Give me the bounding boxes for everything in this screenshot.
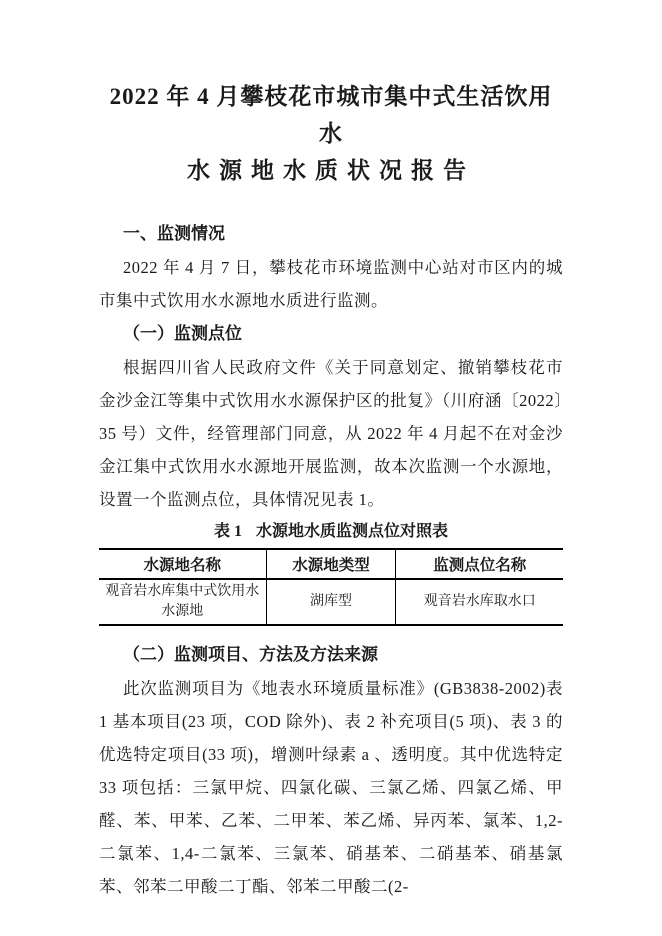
document-title-line-1: 2022 年 4 月攀枝花市城市集中式生活饮用水 xyxy=(99,78,563,152)
table-cell-source-name: 观音岩水库集中式饮用水水源地 xyxy=(99,579,266,625)
table-caption-label: 表 1 xyxy=(214,523,242,540)
table-cell-point-name: 观音岩水库取水口 xyxy=(396,579,563,625)
subsection-heading-monitoring-points: （一）监测点位 xyxy=(99,317,563,351)
table-cell-source-type: 湖库型 xyxy=(266,579,396,625)
table-header-source-type: 水源地类型 xyxy=(266,549,396,579)
paragraph-monitoring-intro: 2022 年 4 月 7 日，攀枝花市环境监测中心站对市区内的城市集中式饮用水水… xyxy=(99,251,563,317)
document-page: 2022 年 4 月攀枝花市城市集中式生活饮用水 水源地水质状况报告 一、监测情… xyxy=(0,0,662,936)
table-row: 观音岩水库集中式饮用水水源地 湖库型 观音岩水库取水口 xyxy=(99,579,563,625)
paragraph-items-methods: 此次监测项目为《地表水环境质量标准》(GB3838-2002)表 1 基本项目(… xyxy=(99,672,563,903)
document-title: 2022 年 4 月攀枝花市城市集中式生活饮用水 水源地水质状况报告 xyxy=(99,78,563,189)
table-header-source-name: 水源地名称 xyxy=(99,549,266,579)
table-header-row: 水源地名称 水源地类型 监测点位名称 xyxy=(99,549,563,579)
paragraph-monitoring-points: 根据四川省人民政府文件《关于同意划定、撤销攀枝花市金沙金江等集中式饮用水水源保护… xyxy=(99,351,563,516)
subsection-heading-items-methods: （二）监测项目、方法及方法来源 xyxy=(99,638,563,672)
table-header-point-name: 监测点位名称 xyxy=(396,549,563,579)
section-heading-monitoring-situation: 一、监测情况 xyxy=(99,217,563,251)
monitoring-points-table: 水源地名称 水源地类型 监测点位名称 观音岩水库集中式饮用水水源地 湖库型 观音… xyxy=(99,548,563,626)
document-title-line-2: 水源地水质状况报告 xyxy=(99,152,563,189)
table-caption-title: 水源地水质监测点位对照表 xyxy=(256,523,448,540)
table-caption: 表 1水源地水质监测点位对照表 xyxy=(99,518,563,546)
